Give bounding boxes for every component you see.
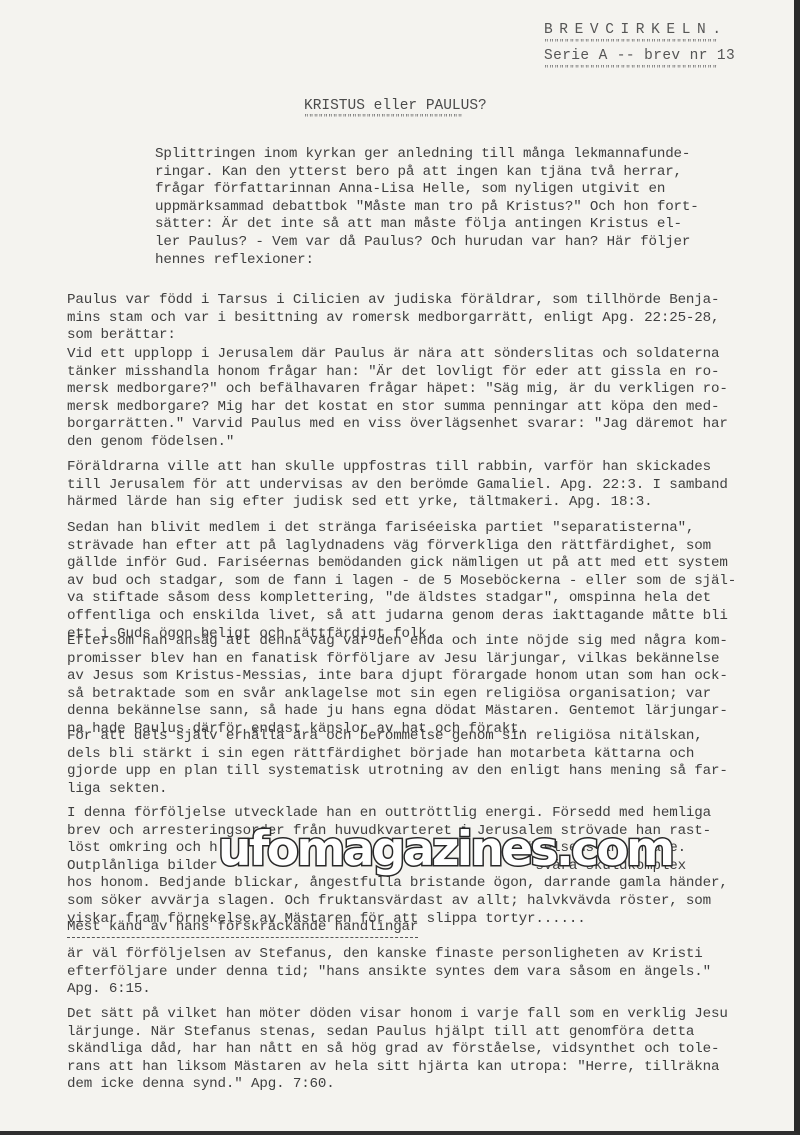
section-heading: Mest känd av hans förskräckande handling… xyxy=(67,919,418,938)
masthead-underline: """""""""""""""""""""""""""""""""" xyxy=(544,39,734,48)
paragraph-stefanus: är väl förföljelsen av Stefanus, den kan… xyxy=(67,946,711,999)
title-underline: """"""""""""""""""""""""""""""""" xyxy=(304,114,494,124)
newsletter-name: BREVCIRKELN. xyxy=(544,22,735,39)
paragraph-uproar: Vid ett upplopp i Jerusalem där Paulus ä… xyxy=(67,346,728,452)
paragraph-death: Det sätt på vilket han möter döden visar… xyxy=(67,1006,728,1094)
paragraph-birth: Paulus var född i Tarsus i Cilicien av j… xyxy=(67,292,719,345)
masthead: BREVCIRKELN. """""""""""""""""""""""""""… xyxy=(544,22,735,74)
intro-paragraph: Splittringen inom kyrkan ger anledning t… xyxy=(155,146,699,269)
paragraph-education: Föräldrarna ville att han skulle uppfost… xyxy=(67,459,728,512)
document-page: BREVCIRKELN. """""""""""""""""""""""""""… xyxy=(0,0,800,1135)
series-underline: """""""""""""""""""""""""""""""""" xyxy=(544,65,734,74)
article-title-block: KRISTUS eller PAULUS? """"""""""""""""""… xyxy=(304,98,494,124)
watermark: ufomagazines.com xyxy=(218,826,672,874)
paragraph-persecutor: Eftersom han ansåg att denna väg var den… xyxy=(67,633,728,739)
series-number: Serie A -- brev nr 13 xyxy=(544,48,735,65)
paragraph-pharisees: Sedan han blivit medlem i det stränga fa… xyxy=(67,520,736,643)
article-title: KRISTUS eller PAULUS? xyxy=(304,98,494,114)
paragraph-plan: För att dels själv erhålla ära och beröm… xyxy=(67,728,728,798)
